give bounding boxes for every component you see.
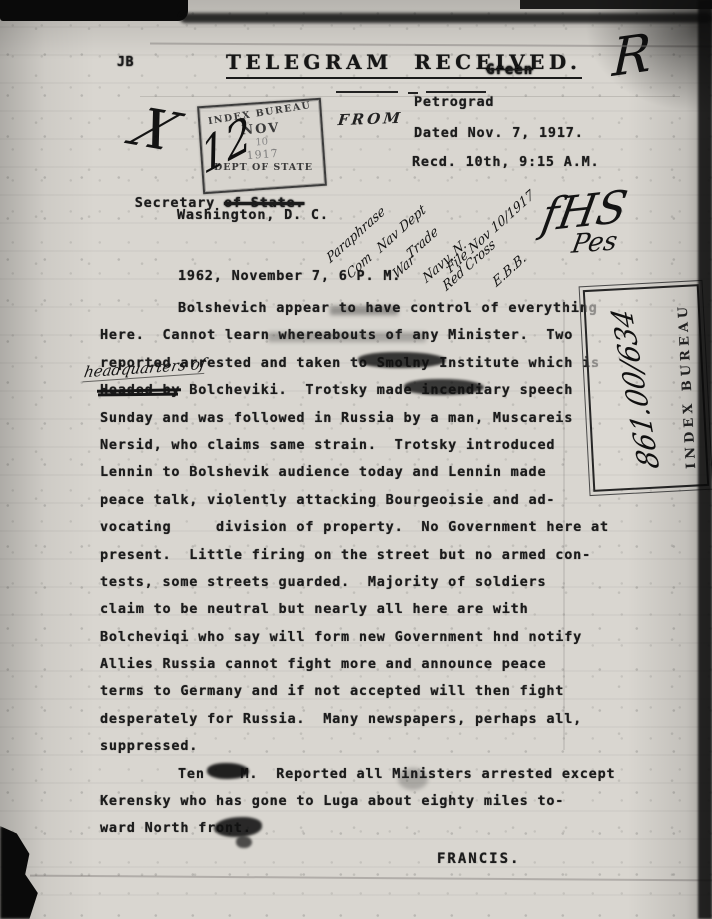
smudge-mid-page [398, 768, 428, 790]
body-line: Allies Russia cannot fight more and anno… [100, 656, 630, 683]
body-line: present. Little firing on the street but… [100, 547, 630, 574]
clerk-initials-small: Pes [569, 226, 619, 260]
vertical-crease [563, 300, 565, 750]
body-line: Bolcheviqi who say will form new Governm… [100, 629, 630, 656]
body-line: peace talk, violently attacking Bourgeoi… [100, 492, 630, 519]
top-right-torn-edge [520, 0, 712, 9]
cipher-color-indicator: Green [486, 62, 533, 78]
signature: FRANCIS. [437, 851, 520, 867]
dated-line: Dated Nov. 7, 1917. [414, 125, 584, 141]
body-line: vocating division of property. No Govern… [100, 519, 630, 546]
top-right-initials: R [611, 23, 652, 89]
telegram-scan-page: JB TELEGRAM RECEIVED. Green R X INDEX BU… [0, 0, 712, 919]
blot-front-drip [236, 836, 252, 848]
blot-ten-am [207, 763, 249, 779]
bottom-left-ink-blob [0, 826, 42, 919]
top-left-torn-edge [0, 0, 188, 21]
blot-smolny [358, 352, 446, 368]
crease-lower-fold [30, 875, 712, 882]
received-line: Recd. 10th, 9:15 A.M. [412, 154, 599, 170]
body-line: terms to Germany and if not accepted wil… [100, 683, 630, 710]
top-torn-streak [180, 13, 712, 23]
body-line: claim to be neutral but nearly all here … [100, 601, 630, 628]
body-line: ward North front. [100, 820, 630, 847]
blot-incendiary [404, 379, 484, 395]
body-line: Headed by Bolcheviki. Trotsky made incen… [100, 382, 630, 409]
body-line: Sunday and was followed in Russia by a m… [100, 410, 630, 437]
body-line: tests, some streets guarded. Majority of… [100, 574, 630, 601]
right-edge-band [698, 0, 712, 919]
message-number-line: 1962, November 7, 6 P. M. [178, 268, 401, 284]
body-line: Kerensky who has gone to Luga about eigh… [100, 793, 630, 820]
message-body: Bolshevich appear to have control of eve… [100, 300, 630, 848]
body-line: suppressed. [100, 738, 630, 765]
index-bureau-file-stamp: 861.00/634 INDEX BUREAU [583, 284, 709, 492]
smudge-to-have [330, 306, 398, 315]
body-line: Ten M. Reported all Ministers arrested e… [100, 766, 630, 793]
from-label: FROM [337, 109, 404, 129]
body-line: desperately for Russia. Many newspapers,… [100, 711, 630, 738]
smudge-whereabouts [268, 332, 426, 342]
routing-initials: E.B.B. [491, 250, 529, 291]
crease-upper [140, 96, 680, 97]
check-mark: X [121, 97, 190, 162]
page-code: JB [117, 55, 134, 70]
addressee-city: Washington, D. C. [177, 207, 329, 223]
body-line: Lennin to Bolshevik audience today and L… [100, 464, 630, 491]
body-line: Nersid, who claims same strain. Trotsky … [100, 437, 630, 464]
